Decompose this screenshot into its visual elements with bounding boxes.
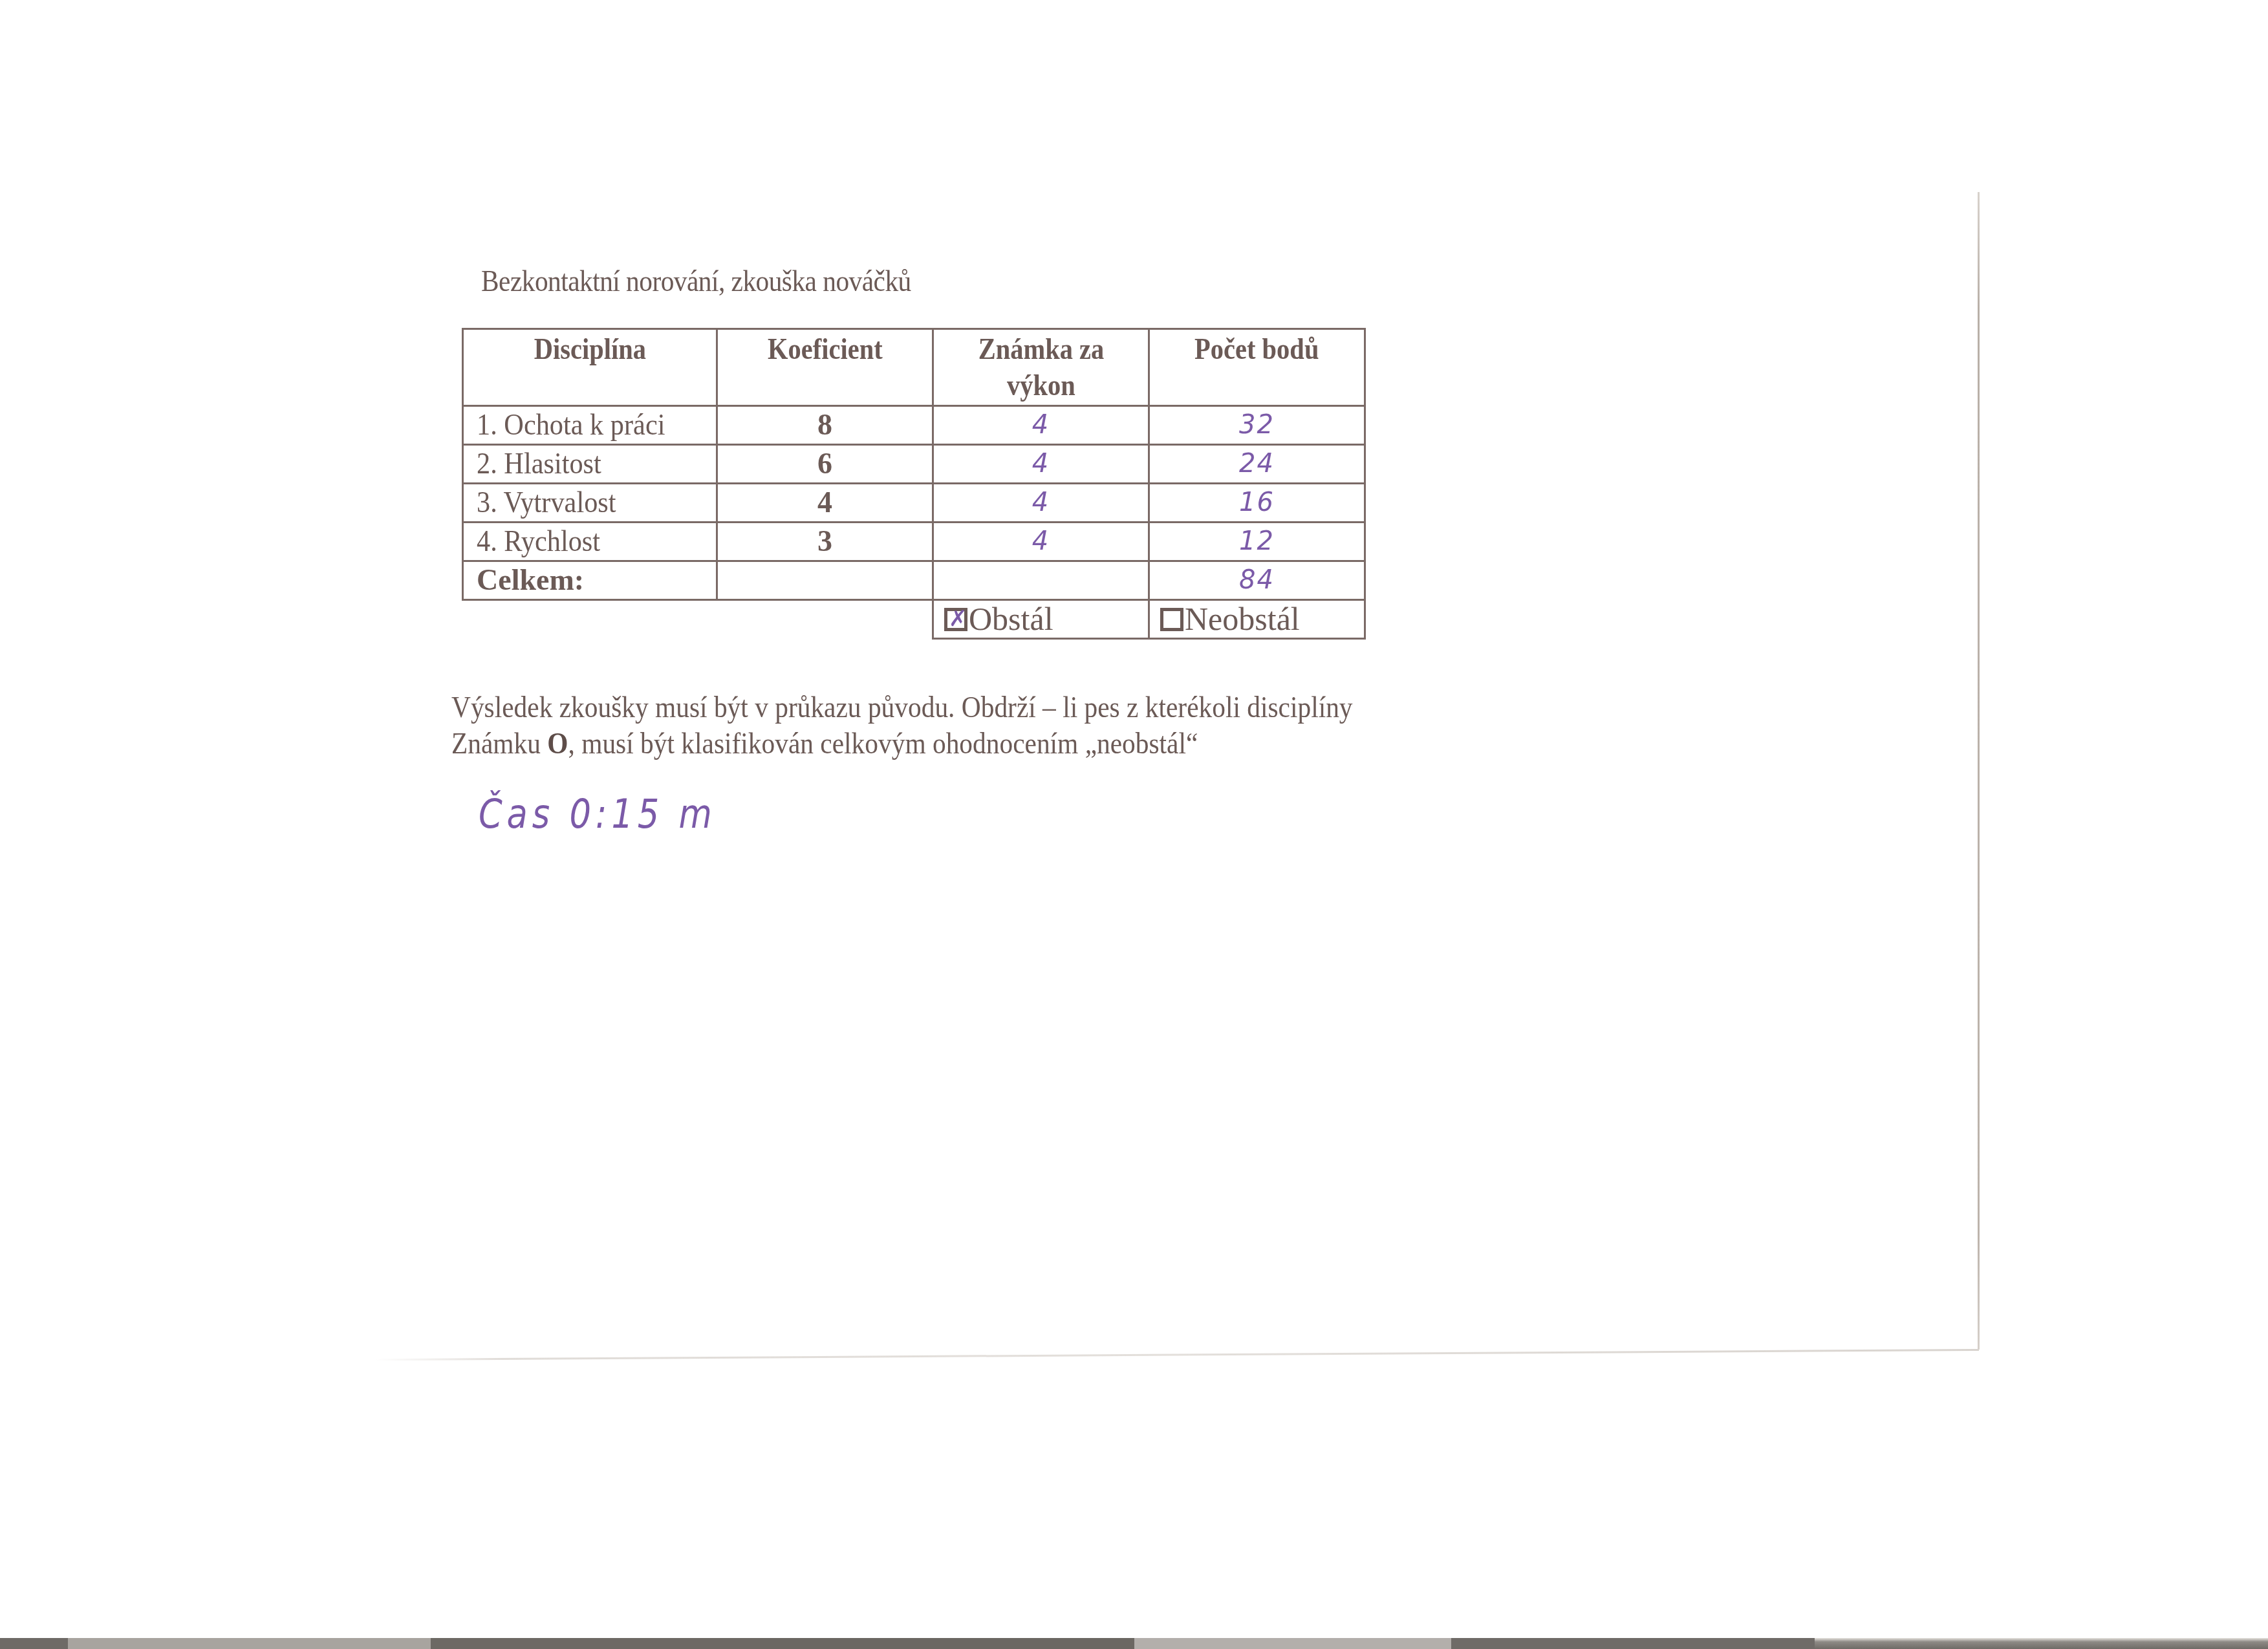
table-row: 3. Vytrvalost4416 <box>463 484 1365 523</box>
coefficient-cell: 4 <box>717 484 933 523</box>
scanner-strip-segment <box>760 1638 1134 1649</box>
checkbox-failed[interactable] <box>1160 608 1183 631</box>
points-cell: 16 <box>1149 484 1365 523</box>
paper-edge-bottom <box>375 1349 1979 1361</box>
header-discipline: Disciplína <box>463 329 717 406</box>
result-note-line-1: Výsledek zkoušky musí být v průkazu půvo… <box>451 689 1353 726</box>
total-coefficient-empty <box>717 561 933 600</box>
header-points: Počet bodů <box>1149 329 1365 406</box>
points-cell: 24 <box>1149 445 1365 484</box>
table-header-row: Disciplína Koeficient Známka za výkon Po… <box>463 329 1365 406</box>
table-row: 4. Rychlost3412 <box>463 523 1365 561</box>
discipline-cell: 2. Hlasitost <box>463 445 717 484</box>
total-row: Celkem: 84 <box>463 561 1365 600</box>
scanner-strip-segment <box>68 1638 431 1649</box>
grade-cell: 4 <box>933 445 1149 484</box>
header-coefficient: Koeficient <box>717 329 933 406</box>
table-row: 2. Hlasitost6424 <box>463 445 1365 484</box>
failed-label: Neobstál <box>1185 601 1300 637</box>
discipline-cell: 3. Vytrvalost <box>463 484 717 523</box>
checkbox-passed[interactable]: ✗ <box>944 608 967 631</box>
total-points: 84 <box>1149 561 1365 600</box>
coefficient-cell: 3 <box>717 523 933 561</box>
result-note-line-2: Známku O, musí být klasifikován celkovým… <box>451 726 1353 762</box>
discipline-cell: 1. Ochota k práci <box>463 406 717 445</box>
result-note: Výsledek zkoušky musí být v průkazu půvo… <box>451 689 1353 762</box>
outcome-failed[interactable]: Neobstál <box>1149 600 1365 639</box>
outcome-row: ✗Obstál Neobstál <box>463 600 1365 639</box>
scanner-strip-segment <box>1134 1638 1452 1649</box>
table-row: 1. Ochota k práci8432 <box>463 406 1365 445</box>
scanner-strip-segment <box>0 1638 68 1649</box>
total-grade-empty <box>933 561 1149 600</box>
points-cell: 12 <box>1149 523 1365 561</box>
passed-label: Obstál <box>969 601 1053 637</box>
outcome-passed[interactable]: ✗Obstál <box>933 600 1149 639</box>
coefficient-cell: 8 <box>717 406 933 445</box>
scanner-strip-segment <box>1451 1638 1814 1649</box>
paper-edge-right <box>1978 192 1980 1350</box>
grade-cell: 4 <box>933 484 1149 523</box>
total-label: Celkem: <box>463 561 717 600</box>
grade-cell: 4 <box>933 406 1149 445</box>
points-cell: 32 <box>1149 406 1365 445</box>
header-grade: Známka za výkon <box>933 329 1149 406</box>
document-title: Bezkontaktní norování, zkouška nováčků <box>481 264 911 298</box>
score-table: Disciplína Koeficient Známka za výkon Po… <box>462 328 1366 640</box>
coefficient-cell: 6 <box>717 445 933 484</box>
grade-zero: O <box>547 727 568 760</box>
grade-cell: 4 <box>933 523 1149 561</box>
discipline-cell: 4. Rychlost <box>463 523 717 561</box>
handwritten-time: Čas 0:15 m <box>479 790 717 837</box>
scanner-strip-segment <box>431 1638 760 1649</box>
checkmark-icon: ✗ <box>949 607 967 630</box>
scanner-edge-strip <box>0 1638 2268 1649</box>
